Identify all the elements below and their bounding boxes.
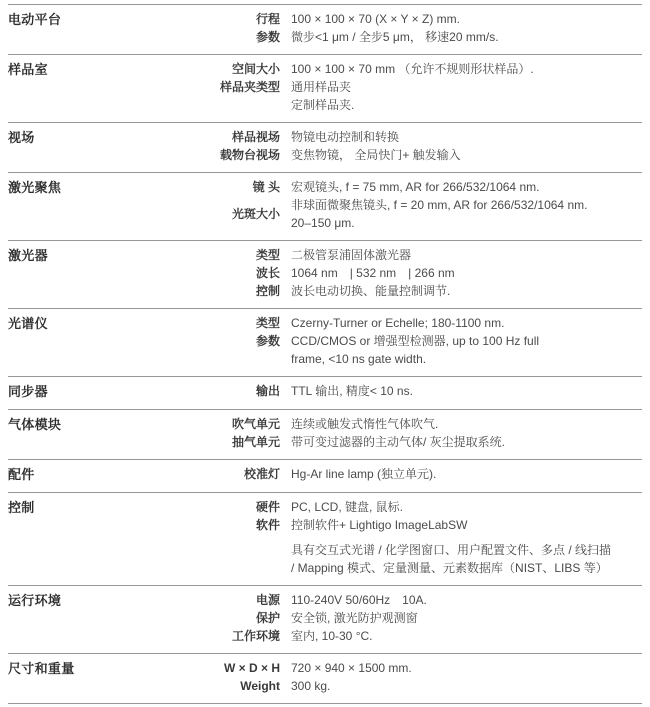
spec-row: 软件 控制软件+ Lightigo ImageLabSW bbox=[208, 516, 642, 534]
section-title: 样品室 bbox=[8, 60, 208, 114]
spec-row: 镜 头 宏观镜头, f = 75 mm, AR for 266/532/1064… bbox=[208, 178, 642, 196]
spec-row: 样品夹类型 通用样品夹 定制样品夹. bbox=[208, 78, 642, 114]
row-label: 光斑大小 bbox=[208, 205, 280, 223]
value-line: frame, <10 ns gate width. bbox=[291, 350, 642, 368]
spec-row: 吹气单元 连续或触发式惰性气体吹气. bbox=[208, 415, 642, 433]
row-value: 非球面微聚焦镜头, f = 20 mm, AR for 266/532/1064… bbox=[280, 196, 642, 232]
row-label: 校准灯 bbox=[208, 465, 280, 483]
row-label: 吹气单元 bbox=[208, 415, 280, 433]
section-synchronizer: 同步器 输出 TTL 输出, 精度< 10 ns. bbox=[8, 376, 642, 409]
spec-row: 类型 Czerny-Turner or Echelle; 180-1100 nm… bbox=[208, 314, 642, 332]
row-label: 波长 bbox=[208, 264, 280, 282]
spec-row: 样品视场 物镜电动控制和转换 bbox=[208, 128, 642, 146]
row-label: Weight bbox=[208, 677, 280, 695]
row-label: 抽气单元 bbox=[208, 433, 280, 451]
row-label: 电源 bbox=[208, 591, 280, 609]
value-line: 通用样品夹 bbox=[291, 78, 642, 96]
row-label: 类型 bbox=[208, 246, 280, 264]
spec-row: 抽气单元 带可变过滤器的主动气体/ 灰尘提取系统. bbox=[208, 433, 642, 451]
row-label: 保护 bbox=[208, 609, 280, 627]
row-value: 变焦物镜， 全局快门+ 触发输入 bbox=[280, 146, 642, 164]
row-value: TTL 输出, 精度< 10 ns. bbox=[280, 382, 642, 400]
value-line: 定制样品夹. bbox=[291, 96, 642, 114]
row-value: PC, LCD, 键盘, 鼠标. bbox=[280, 498, 642, 516]
row-label: 行程 bbox=[208, 10, 280, 28]
row-value: 控制软件+ Lightigo ImageLabSW bbox=[280, 516, 642, 534]
spec-row: 类型 二极管泵浦固体激光器 bbox=[208, 246, 642, 264]
section-title: 控制 bbox=[8, 498, 208, 577]
row-value: CCD/CMOS or 增强型检测器, up to 100 Hz full fr… bbox=[280, 332, 642, 368]
spec-row: 光斑大小 非球面微聚焦镜头, f = 20 mm, AR for 266/532… bbox=[208, 196, 642, 232]
row-label: 类型 bbox=[208, 314, 280, 332]
spec-row: 行程 100 × 100 × 70 (X × Y × Z) mm. bbox=[208, 10, 642, 28]
row-label: 参数 bbox=[208, 28, 280, 46]
row-value: 具有交互式光谱 / 化学图窗口、用户配置文件、多点 / 线扫描 / Mappin… bbox=[280, 541, 642, 577]
value-line: 20–150 μm. bbox=[291, 214, 642, 232]
row-label: 控制 bbox=[208, 282, 280, 300]
row-value: 110-240V 50/60Hz 10A. bbox=[280, 591, 642, 609]
row-value: 1064 nm | 532 nm | 266 nm bbox=[280, 264, 642, 282]
spec-row: 电源 110-240V 50/60Hz 10A. bbox=[208, 591, 642, 609]
row-label: 软件 bbox=[208, 516, 280, 534]
row-value: 物镜电动控制和转换 bbox=[280, 128, 642, 146]
row-value: 100 × 100 × 70 mm （允许不规则形状样品）. bbox=[280, 60, 642, 78]
row-value: 宏观镜头, f = 75 mm, AR for 266/532/1064 nm. bbox=[280, 178, 642, 196]
spec-row: 工作环境 室内, 10-30 °C. bbox=[208, 627, 642, 645]
spec-row: 控制 波长电动切换、能量控制调节. bbox=[208, 282, 642, 300]
row-label: 载物台视场 bbox=[208, 146, 280, 164]
spec-row: 输出 TTL 输出, 精度< 10 ns. bbox=[208, 382, 642, 400]
row-label: 样品视场 bbox=[208, 128, 280, 146]
section-gas-module: 气体模块 吹气单元 连续或触发式惰性气体吹气. 抽气单元 带可变过滤器的主动气体… bbox=[8, 409, 642, 459]
spec-row: 波长 1064 nm | 532 nm | 266 nm bbox=[208, 264, 642, 282]
spec-row: 参数 微步<1 μm / 全步5 μm， 移速20 mm/s. bbox=[208, 28, 642, 46]
section-sample-chamber: 样品室 空间大小 100 × 100 × 70 mm （允许不规则形状样品）. … bbox=[8, 54, 642, 122]
row-value: 安全锁, 激光防护观测窗 bbox=[280, 609, 642, 627]
row-label: 工作环境 bbox=[208, 627, 280, 645]
spec-row: Weight 300 kg. bbox=[208, 677, 642, 695]
row-value: Hg-Ar line lamp (独立单元). bbox=[280, 465, 642, 483]
section-field-of-view: 视场 样品视场 物镜电动控制和转换 载物台视场 变焦物镜， 全局快门+ 触发输入 bbox=[8, 122, 642, 172]
row-value: 波长电动切换、能量控制调节. bbox=[280, 282, 642, 300]
section-control: 控制 硬件 PC, LCD, 键盘, 鼠标. 软件 控制软件+ Lightigo… bbox=[8, 492, 642, 585]
section-title: 运行环境 bbox=[8, 591, 208, 645]
spec-row: 保护 安全锁, 激光防护观测窗 bbox=[208, 609, 642, 627]
row-label: 硬件 bbox=[208, 498, 280, 516]
spec-row: 具有交互式光谱 / 化学图窗口、用户配置文件、多点 / 线扫描 / Mappin… bbox=[208, 541, 642, 577]
section-laser-focusing: 激光聚焦 镜 头 宏观镜头, f = 75 mm, AR for 266/532… bbox=[8, 172, 642, 240]
section-title: 视场 bbox=[8, 128, 208, 164]
row-label: 空间大小 bbox=[208, 60, 280, 78]
section-motorized-stage: 电动平台 行程 100 × 100 × 70 (X × Y × Z) mm. 参… bbox=[8, 4, 642, 54]
section-title: 尺寸和重量 bbox=[8, 659, 208, 695]
section-laser: 激光器 类型 二极管泵浦固体激光器 波长 1064 nm | 532 nm | … bbox=[8, 240, 642, 308]
spec-row: 校准灯 Hg-Ar line lamp (独立单元). bbox=[208, 465, 642, 483]
section-accessories: 配件 校准灯 Hg-Ar line lamp (独立单元). bbox=[8, 459, 642, 492]
row-label: 镜 头 bbox=[208, 178, 280, 196]
row-value: 720 × 940 × 1500 mm. bbox=[280, 659, 642, 677]
row-label: W × D × H bbox=[208, 659, 280, 677]
value-line: 非球面微聚焦镜头, f = 20 mm, AR for 266/532/1064… bbox=[291, 196, 642, 214]
value-line: / Mapping 模式、定量测量、元素数据库（NIST、LIBS 等） bbox=[291, 559, 642, 577]
spec-row: W × D × H 720 × 940 × 1500 mm. bbox=[208, 659, 642, 677]
value-line: 具有交互式光谱 / 化学图窗口、用户配置文件、多点 / 线扫描 bbox=[291, 541, 642, 559]
spec-sheet: 电动平台 行程 100 × 100 × 70 (X × Y × Z) mm. 参… bbox=[8, 4, 642, 704]
row-label: 样品夹类型 bbox=[208, 78, 280, 96]
section-operating-environment: 运行环境 电源 110-240V 50/60Hz 10A. 保护 安全锁, 激光… bbox=[8, 585, 642, 653]
section-title: 同步器 bbox=[8, 382, 208, 401]
spec-row: 硬件 PC, LCD, 键盘, 鼠标. bbox=[208, 498, 642, 516]
spec-row: 载物台视场 变焦物镜， 全局快门+ 触发输入 bbox=[208, 146, 642, 164]
row-value: 300 kg. bbox=[280, 677, 642, 695]
row-value: Czerny-Turner or Echelle; 180-1100 nm. bbox=[280, 314, 642, 332]
value-line: CCD/CMOS or 增强型检测器, up to 100 Hz full bbox=[291, 332, 642, 350]
section-title: 激光聚焦 bbox=[8, 178, 208, 232]
row-value: 100 × 100 × 70 (X × Y × Z) mm. bbox=[280, 10, 642, 28]
section-spectrometer: 光谱仪 类型 Czerny-Turner or Echelle; 180-110… bbox=[8, 308, 642, 376]
spec-row: 空间大小 100 × 100 × 70 mm （允许不规则形状样品）. bbox=[208, 60, 642, 78]
section-title: 气体模块 bbox=[8, 415, 208, 451]
spec-row: 参数 CCD/CMOS or 增强型检测器, up to 100 Hz full… bbox=[208, 332, 642, 368]
row-value: 微步<1 μm / 全步5 μm， 移速20 mm/s. bbox=[280, 28, 642, 46]
row-value: 连续或触发式惰性气体吹气. bbox=[280, 415, 642, 433]
row-value: 二极管泵浦固体激光器 bbox=[280, 246, 642, 264]
section-title: 电动平台 bbox=[8, 10, 208, 46]
section-title: 配件 bbox=[8, 465, 208, 484]
row-value: 通用样品夹 定制样品夹. bbox=[280, 78, 642, 114]
section-dimensions-weight: 尺寸和重量 W × D × H 720 × 940 × 1500 mm. Wei… bbox=[8, 653, 642, 703]
section-title: 光谱仪 bbox=[8, 314, 208, 368]
row-label: 参数 bbox=[208, 332, 280, 350]
row-label: 输出 bbox=[208, 382, 280, 400]
row-value: 带可变过滤器的主动气体/ 灰尘提取系统. bbox=[280, 433, 642, 451]
section-title: 激光器 bbox=[8, 246, 208, 300]
row-value: 室内, 10-30 °C. bbox=[280, 627, 642, 645]
